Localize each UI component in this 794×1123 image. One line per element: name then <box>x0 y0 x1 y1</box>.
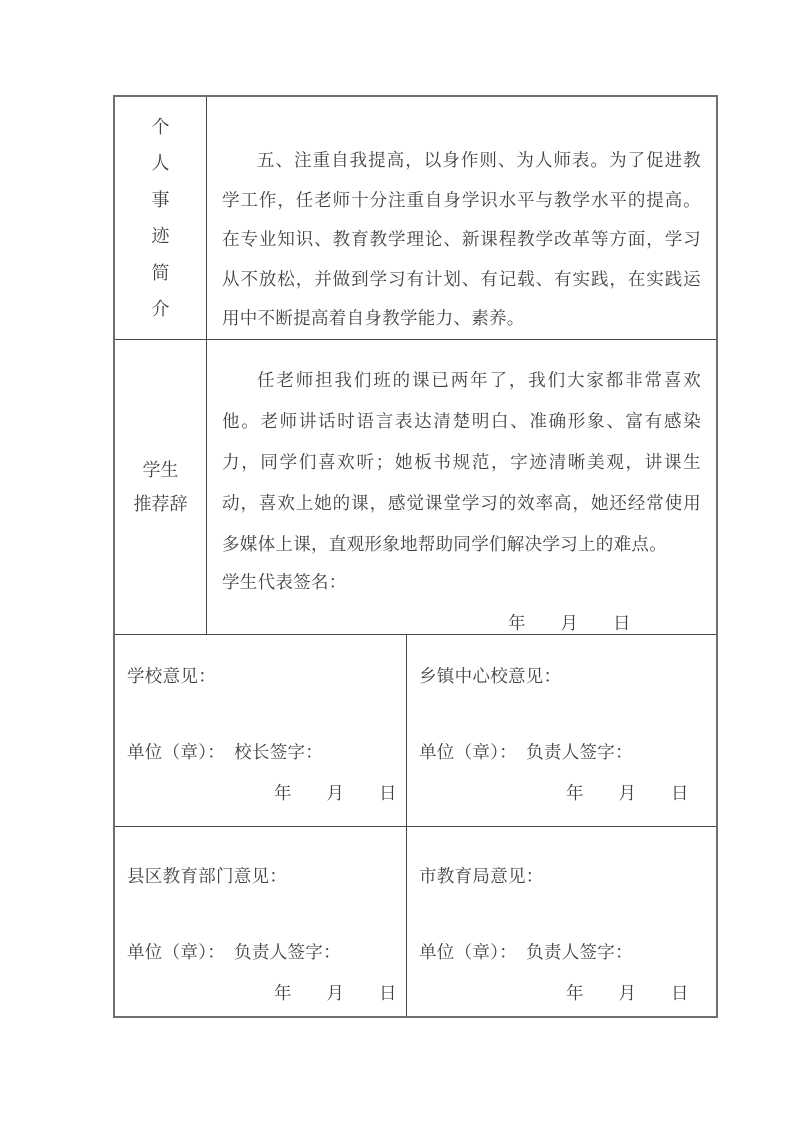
personal-deeds-label: 个 人 事 迹 简 介 <box>115 97 206 339</box>
label-char: 介 <box>152 295 170 321</box>
personal-deeds-label-cell: 个 人 事 迹 简 介 <box>115 97 207 339</box>
date-line: 年 月 日 <box>419 975 704 1011</box>
student-recommendation-label: 学生 推荐辞 <box>115 340 206 634</box>
date-line: 年 月 日 <box>127 775 394 811</box>
county-opinion-sign-line: 单位（章）： 负责人签字： <box>127 937 394 967</box>
city-education-bureau-opinion-title: 市教育局意见： <box>419 861 704 891</box>
city-education-bureau-opinion-cell: 市教育局意见： 单位（章）： 负责人签字： 年 月 日 <box>407 827 716 1016</box>
label-line: 学生 <box>143 453 179 487</box>
student-recommendation-paragraph: 任老师担我们班的课已两年了，我们大家都非常喜欢他。老师讲话时语言表达清楚明白、准… <box>222 340 701 565</box>
student-recommendation-row: 学生 推荐辞 任老师担我们班的课已两年了，我们大家都非常喜欢他。老师讲话时语言表… <box>115 340 716 635</box>
personal-deeds-row: 个 人 事 迹 简 介 五、注重自我提高，以身作则、为人师表。为了促进教学工作，… <box>115 97 716 340</box>
personal-deeds-content-cell: 五、注重自我提高，以身作则、为人师表。为了促进教学工作，任老师十分注重自身学识水… <box>207 97 716 339</box>
school-opinion-title: 学校意见： <box>127 661 394 691</box>
opinion-row-2: 县区教育部门意见： 单位（章）： 负责人签字： 年 月 日 市教育局意见： 单位… <box>115 827 716 1016</box>
student-recommendation-content-cell: 任老师担我们班的课已两年了，我们大家都非常喜欢他。老师讲话时语言表达清楚明白、准… <box>207 340 716 634</box>
date-line: 年 月 日 <box>127 975 394 1011</box>
city-opinion-sign-line: 单位（章）： 负责人签字： <box>419 937 704 967</box>
date-line: 年 月 日 <box>419 775 704 811</box>
student-recommendation-label-cell: 学生 推荐辞 <box>115 340 207 634</box>
label-char: 事 <box>152 186 170 212</box>
evaluation-form-table: 个 人 事 迹 简 介 五、注重自我提高，以身作则、为人师表。为了促进教学工作，… <box>113 95 718 1018</box>
opinion-row-1: 学校意见： 单位（章）： 校长签字： 年 月 日 乡镇中心校意见： 单位（章）：… <box>115 635 716 827</box>
label-char: 迹 <box>152 222 170 248</box>
label-char: 人 <box>152 149 170 175</box>
township-opinion-sign-line: 单位（章）： 负责人签字： <box>419 737 704 767</box>
county-education-department-opinion-cell: 县区教育部门意见： 单位（章）： 负责人签字： 年 月 日 <box>115 827 407 1016</box>
label-line: 推荐辞 <box>134 487 188 521</box>
school-opinion-sign-line: 单位（章）： 校长签字： <box>127 737 394 767</box>
school-opinion-cell: 学校意见： 单位（章）： 校长签字： 年 月 日 <box>115 635 407 826</box>
township-central-school-opinion-cell: 乡镇中心校意见： 单位（章）： 负责人签字： 年 月 日 <box>407 635 716 826</box>
personal-deeds-paragraph: 五、注重自我提高，以身作则、为人师表。为了促进教学工作，任老师十分注重自身学识水… <box>222 97 701 339</box>
county-education-department-opinion-title: 县区教育部门意见： <box>127 861 394 891</box>
label-char: 个 <box>152 113 170 139</box>
label-char: 简 <box>152 259 170 285</box>
student-representative-signature-label: 学生代表签名： <box>222 565 701 599</box>
township-central-school-opinion-title: 乡镇中心校意见： <box>419 661 704 691</box>
date-line: 年 月 日 <box>222 605 701 634</box>
